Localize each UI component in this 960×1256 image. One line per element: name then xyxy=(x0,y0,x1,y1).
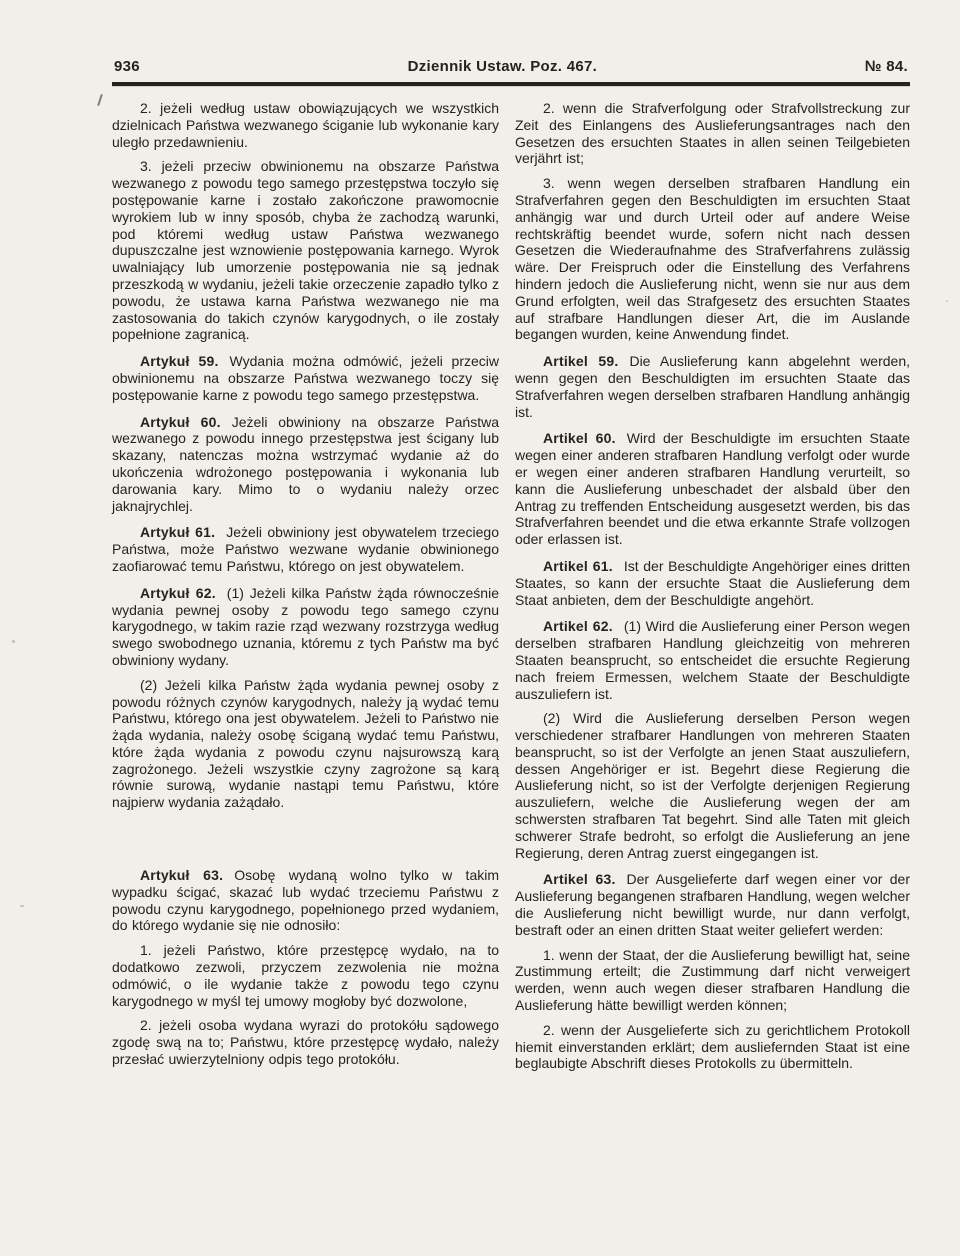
paragraph: Artykuł 63.Osobę wydaną wolno tylko w ta… xyxy=(112,867,499,934)
paragraph: Artikel 63.Der Ausgelieferte darf wegen … xyxy=(515,871,910,938)
paragraph: 3. wenn wegen derselben strafbaren Handl… xyxy=(515,175,910,343)
article-heading: Artikel 62. xyxy=(543,618,613,634)
paragraph-text: 3. wenn wegen derselben strafbaren Handl… xyxy=(515,175,910,342)
article-heading: Artikel 60. xyxy=(543,430,616,446)
paragraph: Artikel 61.Ist der Beschuldigte Angehöri… xyxy=(515,558,910,608)
article-heading: Artikel 61. xyxy=(543,558,613,574)
paragraph: 2. wenn die Strafverfolgung oder Strafvo… xyxy=(515,100,910,167)
paragraph-text: 1. jeżeli Państwo, które przestępcę wyda… xyxy=(112,942,499,1008)
article-heading: Artykuł 63. xyxy=(140,867,223,883)
article-heading: Artykuł 60. xyxy=(140,414,221,430)
paragraph: Artykuł 59.Wydania można odmówić, jeżeli… xyxy=(112,353,499,403)
paragraph: 3. jeżeli przeciw obwinionemu na obszarz… xyxy=(112,158,499,343)
paragraph: Artikel 62.(1) Wird die Auslieferung ein… xyxy=(515,618,910,702)
article-heading: Artykuł 61. xyxy=(140,524,215,540)
document-page: 936 Dziennik Ustaw. Poz. 467. № 84. 2. j… xyxy=(0,0,960,1120)
article-heading: Artikel 59. xyxy=(543,353,618,369)
paragraph-text: (2) Jeżeli kilka Państw żąda wydania pew… xyxy=(112,677,499,811)
article-heading: Artikel 63. xyxy=(543,871,616,887)
header-rule xyxy=(112,82,910,86)
paragraph-text: 2. jeżeli osoba wydana wyrazi do protokó… xyxy=(112,1017,499,1067)
issue-number: № 84. xyxy=(865,58,908,75)
page-number: 936 xyxy=(114,58,140,75)
paragraph-text: 2. wenn die Strafverfolgung oder Strafvo… xyxy=(515,100,910,166)
paragraph: Artikel 59.Die Auslieferung kann abgeleh… xyxy=(515,353,910,420)
paragraph-text: (2) Wird die Auslieferung derselben Pers… xyxy=(515,710,910,860)
two-column-text: 2. jeżeli według ustaw obowiązujących we… xyxy=(112,100,910,1080)
paragraph-text: 2. jeżeli według ustaw obowiązujących we… xyxy=(112,100,499,150)
journal-title: Dziennik Ustaw. Poz. 467. xyxy=(408,58,598,75)
paragraph: 1. jeżeli Państwo, które przestępcę wyda… xyxy=(112,942,499,1009)
article-heading: Artykuł 59. xyxy=(140,353,219,369)
paragraph: 1. wenn der Staat, der die Auslieferung … xyxy=(515,947,910,1014)
page-header: 936 Dziennik Ustaw. Poz. 467. № 84. xyxy=(112,58,910,75)
paragraph-text: 3. jeżeli przeciw obwinionemu na obszarz… xyxy=(112,158,499,342)
german-column: 2. wenn die Strafverfolgung oder Strafvo… xyxy=(515,100,910,1080)
paragraph: Artykuł 61.Jeżeli obwiniony jest obywate… xyxy=(112,524,499,574)
paragraph: 2. wenn der Ausgelieferte sich zu gerich… xyxy=(515,1022,910,1072)
paragraph: 2. jeżeli według ustaw obowiązujących we… xyxy=(112,100,499,150)
paragraph: Artikel 60.Wird der Beschuldigte im ersu… xyxy=(515,430,910,548)
paragraph-text: Wird der Beschuldigte im ersuchten Staat… xyxy=(515,430,910,547)
polish-column: 2. jeżeli według ustaw obowiązujących we… xyxy=(112,100,499,1080)
paragraph: (2) Wird die Auslieferung derselben Pers… xyxy=(515,710,910,861)
paragraph-text: 1. wenn der Staat, der die Auslieferung … xyxy=(515,947,910,1013)
paragraph: 2. jeżeli osoba wydana wyrazi do protokó… xyxy=(112,1017,499,1067)
paragraph-text: 2. wenn der Ausgelieferte sich zu gerich… xyxy=(515,1022,910,1072)
paragraph: Artykuł 62.(1) Jeżeli kilka Państw żąda … xyxy=(112,585,499,669)
article-heading: Artykuł 62. xyxy=(140,585,216,601)
paragraph: (2) Jeżeli kilka Państw żąda wydania pew… xyxy=(112,677,499,811)
paragraph: Artykuł 60.Jeżeli obwiniony na obszarze … xyxy=(112,414,499,515)
